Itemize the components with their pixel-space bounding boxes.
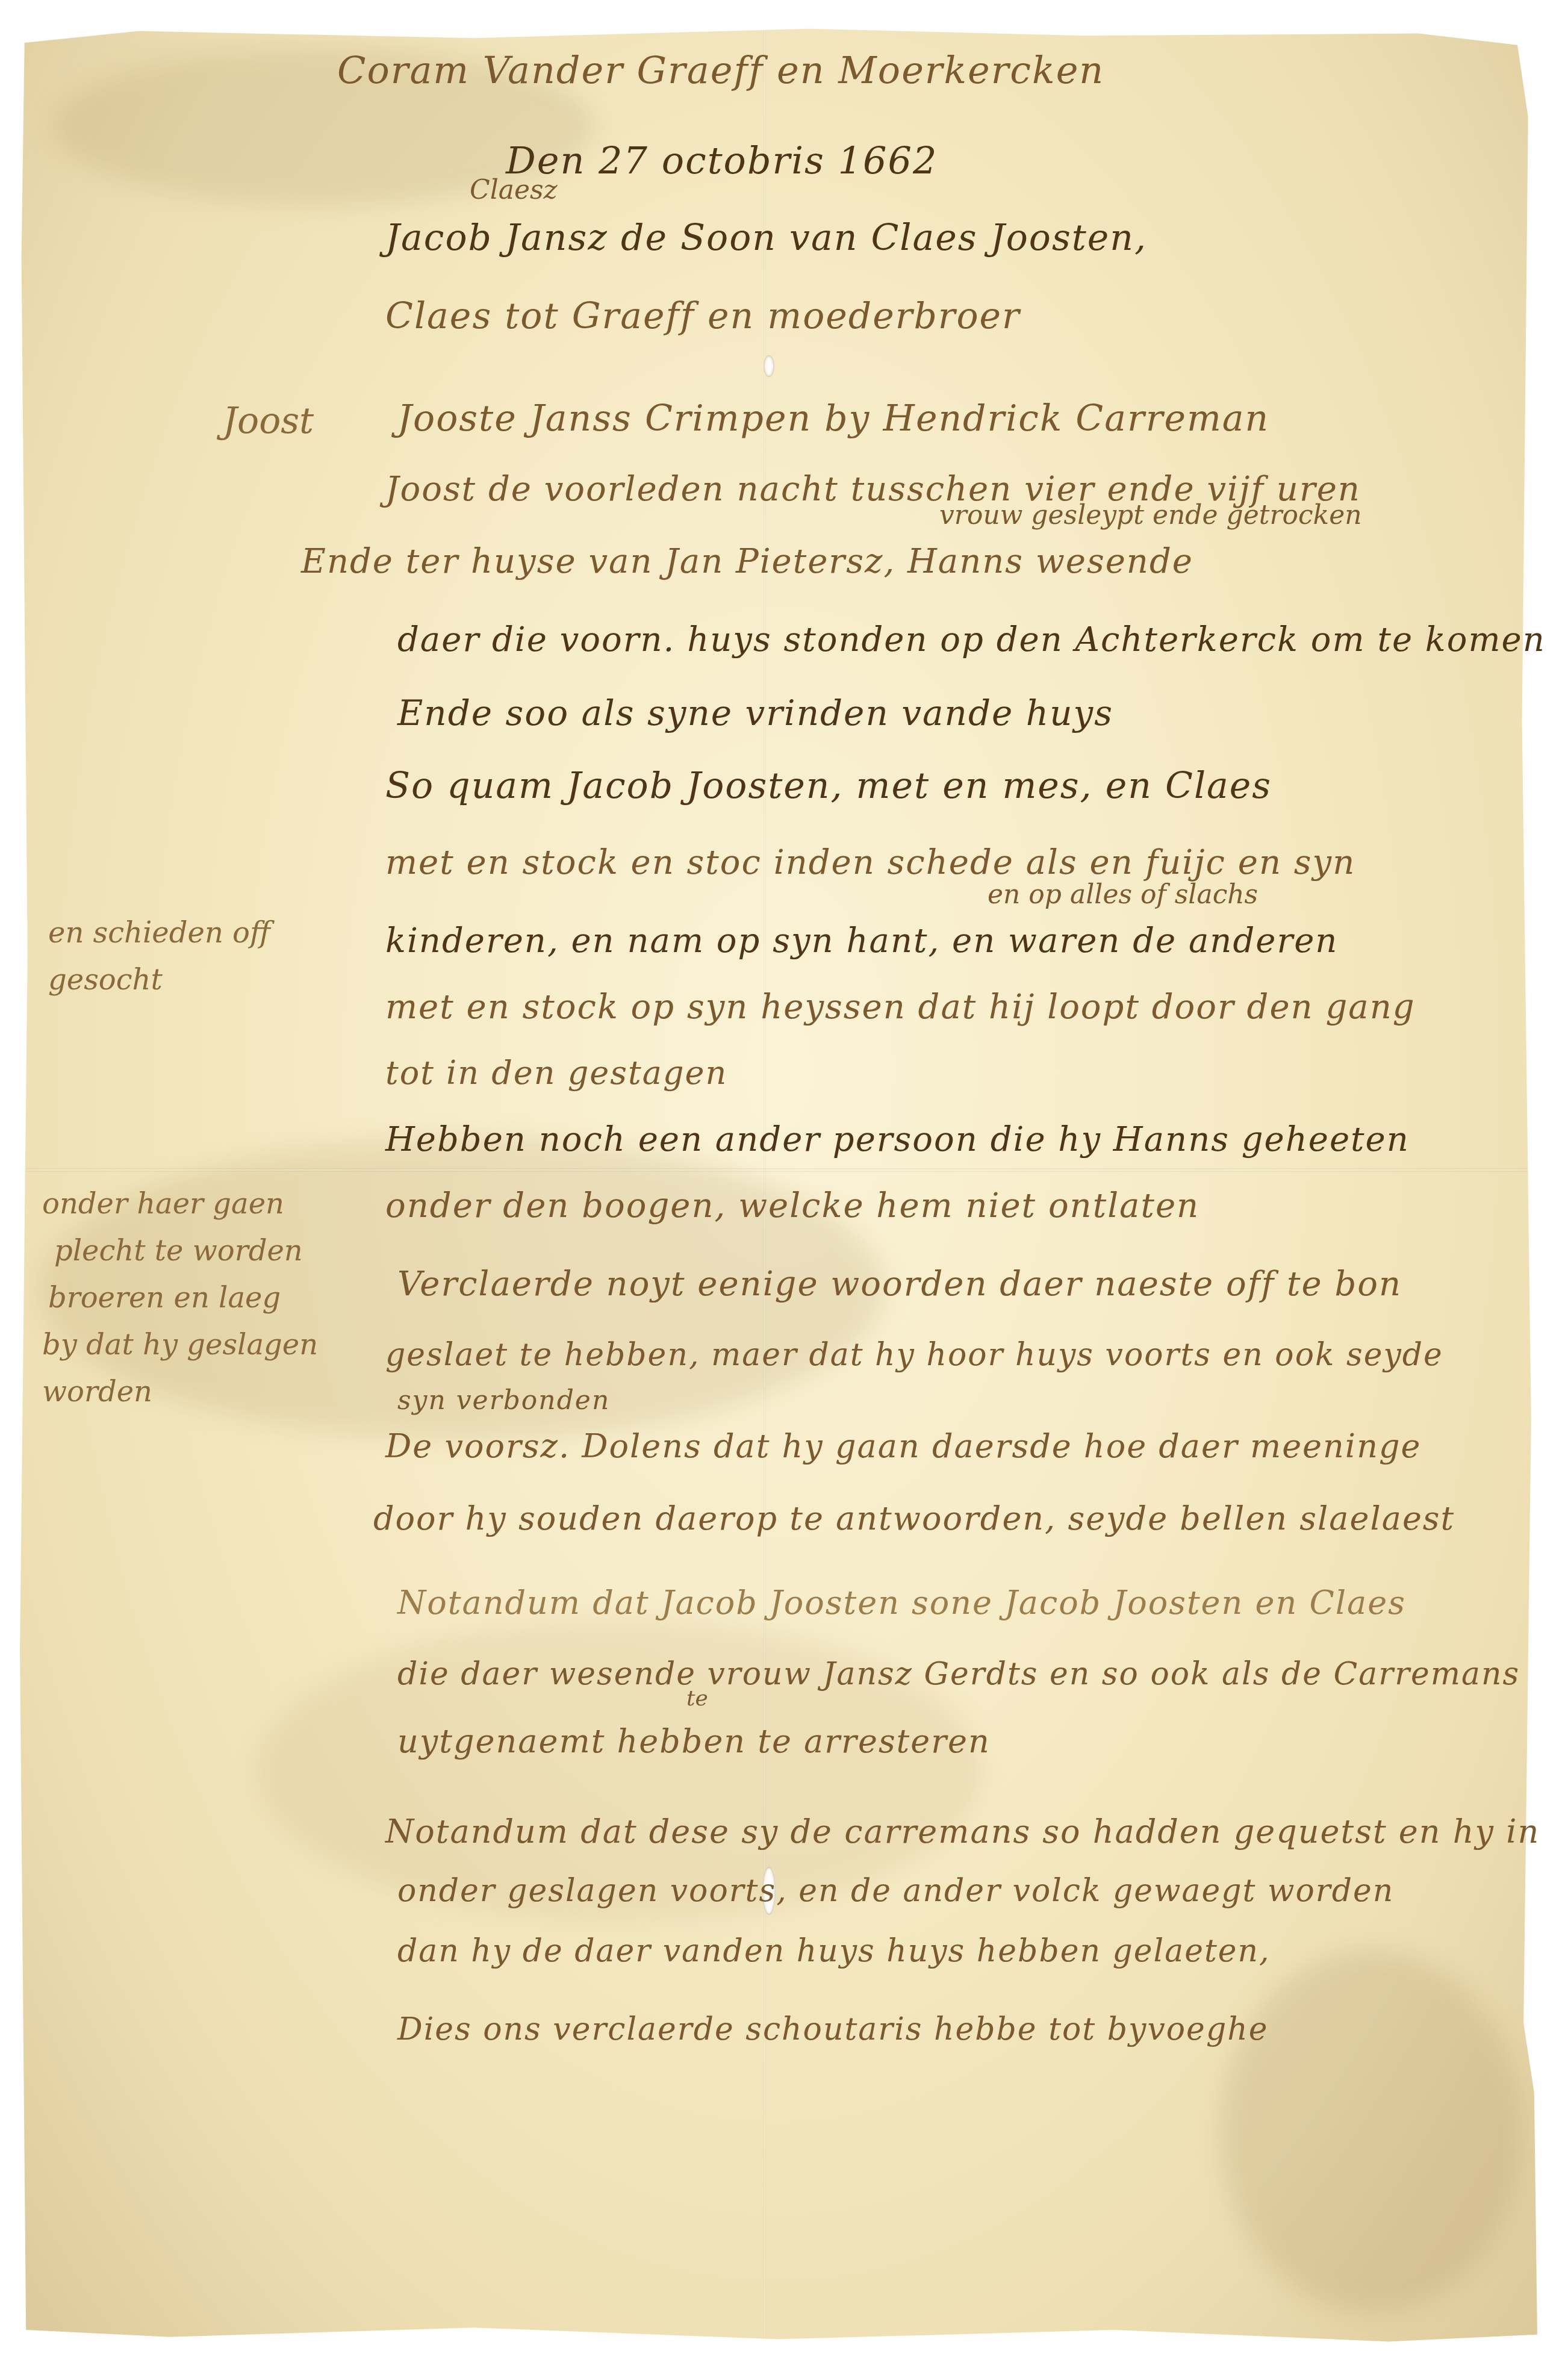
body-line-20: Notandum dat Jacob Joosten sone Jacob Jo… <box>397 1584 1406 1622</box>
body-line-12: tot in den gestagen <box>385 1054 727 1092</box>
body-line-22: uytgenaemt hebben te arresteren <box>397 1722 991 1760</box>
body-line-24: onder geslagen voorts, en de ander volck… <box>397 1873 1394 1909</box>
body-line-18: De voorsz. Dolens dat hy gaan daersde ho… <box>385 1427 1421 1465</box>
body-line-16: geslaet te hebben, maer dat hy hoor huys… <box>385 1337 1443 1373</box>
corner-wear <box>1221 1951 1522 2312</box>
body-line-1: Jacob Jansz de Soon van Claes Joosten, <box>385 217 1147 259</box>
body-line-26: Dies ons verclaerde schoutaris hebbe tot… <box>397 2011 1268 2047</box>
interlinear-note: te <box>686 1686 708 1711</box>
body-line-17: syn verbonden <box>397 1385 610 1416</box>
margin-note-joost: Joost <box>223 397 314 444</box>
body-line-2: Claes tot Graeff en moederbroer <box>385 295 1021 337</box>
body-line-5: Ende ter huyse van Jan Pietersz, Hanns w… <box>301 542 1193 581</box>
margin-note-2-line-5: worden <box>42 1368 152 1415</box>
margin-note-2-line-3: broeren en laeg <box>48 1274 281 1321</box>
body-line-11: met en stock op syn heyssen dat hij loop… <box>385 988 1416 1027</box>
margin-note-1-line-1: en schieden off <box>48 909 270 956</box>
body-line-7: Ende soo als syne vrinden vande huys <box>397 693 1113 733</box>
date-line: Den 27 octobris 1662 <box>506 139 938 182</box>
margin-note-2-line-2: plecht te worden <box>54 1227 303 1274</box>
interlinear-note: en op alles of slachs <box>988 879 1258 910</box>
body-line-19: door hy souden daerop te antwoorden, sey… <box>373 1499 1455 1537</box>
body-line-15: Verclaerde noyt eenige woorden daer naes… <box>397 1265 1402 1304</box>
body-line-21: die daer wesende vrouw Jansz Gerdts en s… <box>397 1656 1520 1692</box>
body-line-23: Notandum dat dese sy de carremans so had… <box>385 1813 1540 1851</box>
horizontal-fold-crease <box>17 1168 1540 1172</box>
interlinear-note: Claesz <box>470 175 558 205</box>
body-line-13: Hebben noch een ander persoon die hy Han… <box>385 1120 1410 1159</box>
body-line-14: onder den boogen, welcke hem niet ontlat… <box>385 1186 1199 1225</box>
body-line-9: met en stock en stoc inden schede als en… <box>385 843 1355 882</box>
interlinear-note: vrouw gesleypt ende getrocken <box>939 500 1362 531</box>
worm-hole <box>764 355 774 377</box>
margin-note-1-line-2: gesocht <box>48 956 163 1003</box>
body-line-8: So quam Jacob Joosten, met en mes, en Cl… <box>385 765 1272 807</box>
margin-note-2-line-4: by dat hy geslagen <box>42 1321 318 1368</box>
margin-note-2-line-1: onder haer gaen <box>42 1180 284 1227</box>
body-line-6: daer die voorn. huys stonden op den Acht… <box>397 620 1546 659</box>
document-header: Coram Vander Graeff en Moerkercken <box>337 48 1104 92</box>
body-line-3: Jooste Janss Crimpen by Hendrick Carrema… <box>397 397 1269 440</box>
body-line-10: kinderen, en nam op syn hant, en waren d… <box>385 921 1338 960</box>
body-line-25: dan hy de daer vanden huys huys hebben g… <box>397 1933 1271 1969</box>
